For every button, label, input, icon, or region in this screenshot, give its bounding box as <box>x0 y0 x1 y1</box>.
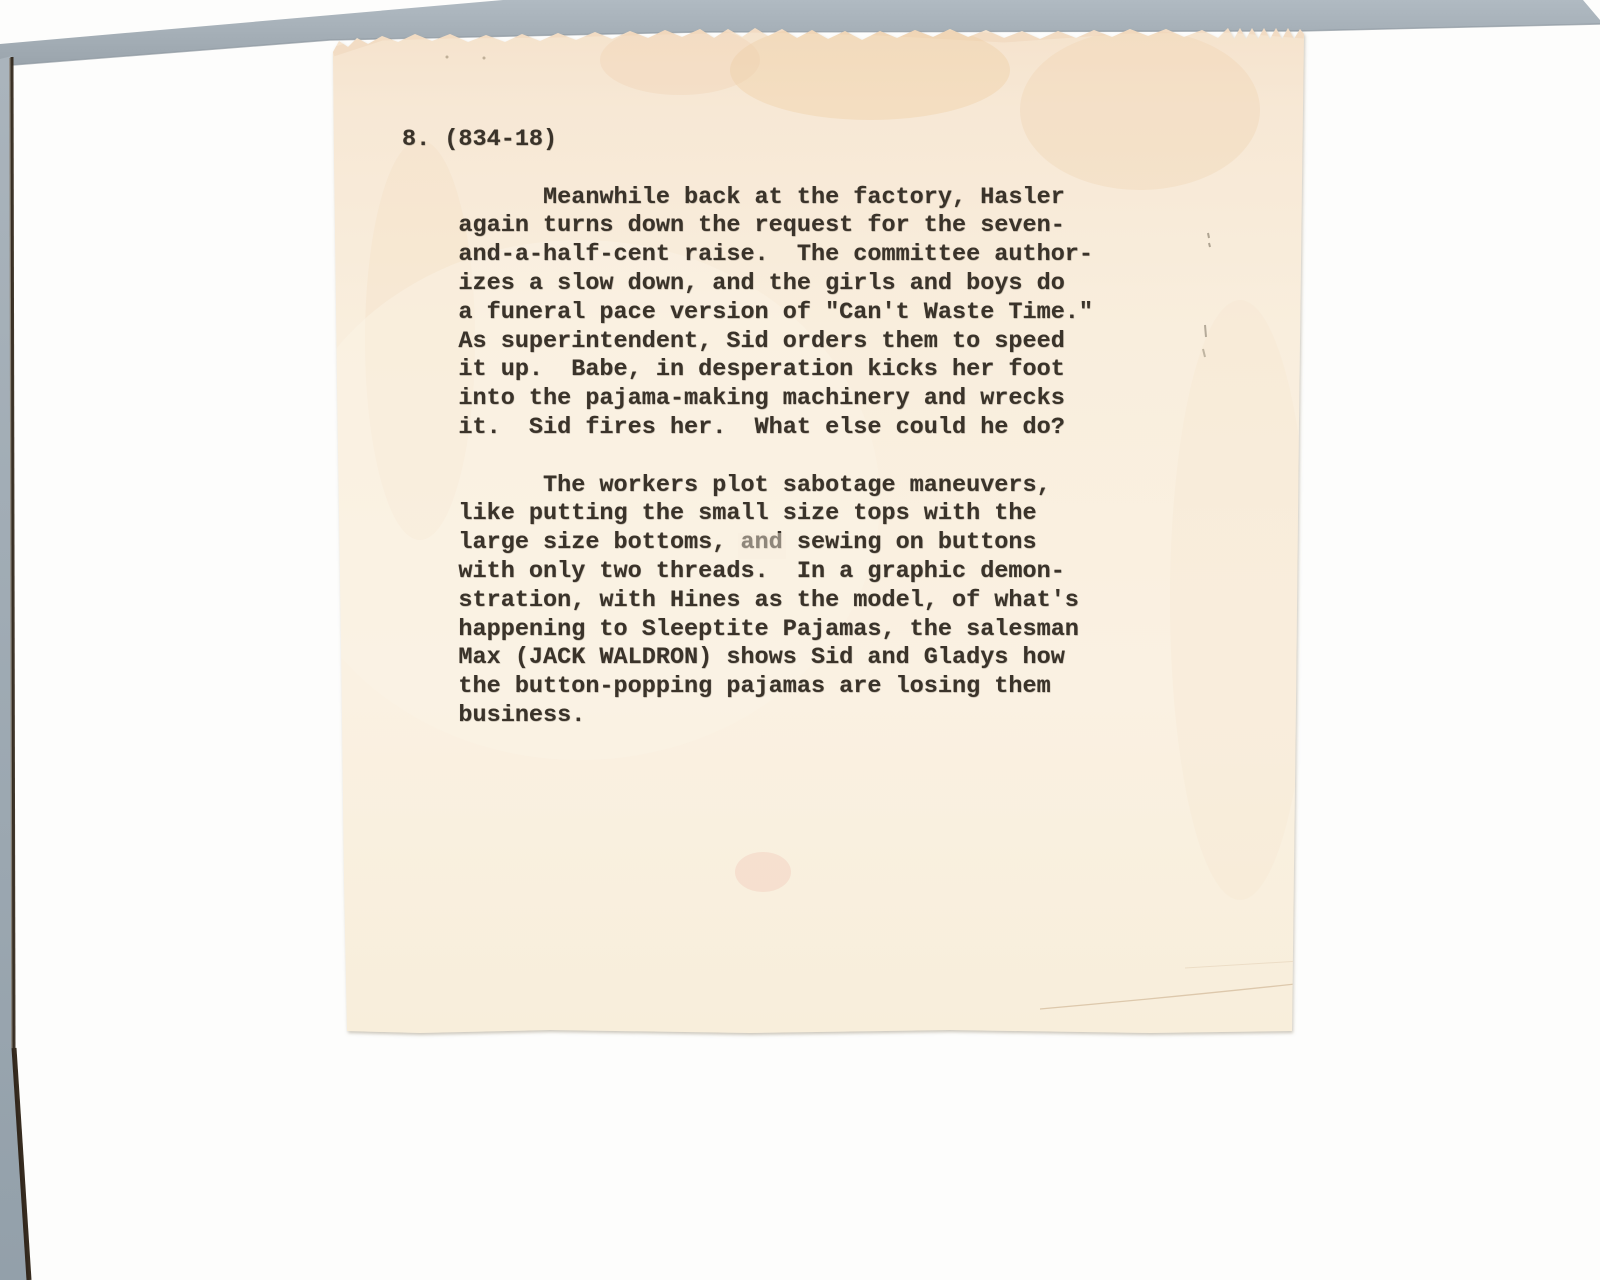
ink-speck <box>1205 325 1206 337</box>
scanned-document-photo: 8. (834-18) Meanwhile back at the factor… <box>0 0 1600 1280</box>
pink-smudge <box>735 852 791 892</box>
paper-stain <box>1170 300 1310 900</box>
typewritten-text: 8. (834-18) Meanwhile back at the factor… <box>402 126 1093 731</box>
ink-speck <box>446 56 449 59</box>
white-paper-edge-shadow <box>12 57 14 1048</box>
ink-speck <box>483 57 486 60</box>
